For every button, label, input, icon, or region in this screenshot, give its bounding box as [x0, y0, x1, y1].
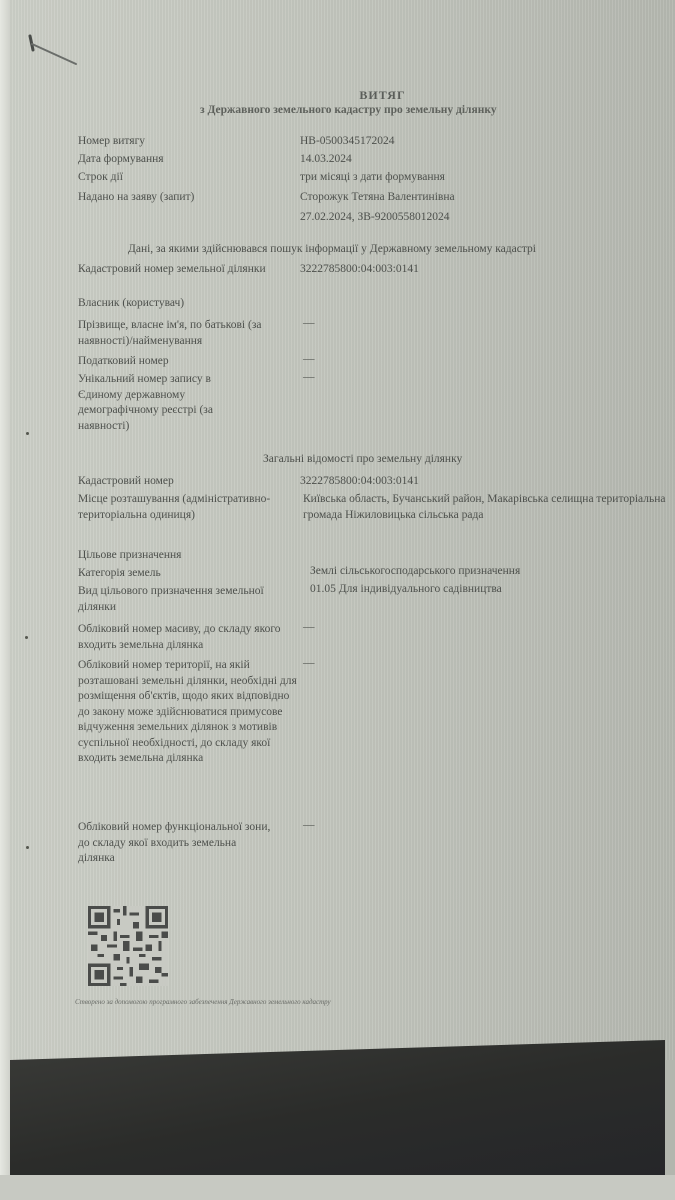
field-label-extract-number: Номер витягу	[78, 134, 293, 150]
field-label-requested-by: Надано на заяву (запит)	[78, 190, 293, 206]
field-value-unique-record-number: —	[303, 370, 315, 386]
background-strip	[0, 1175, 675, 1200]
field-value-land-category: Землі сільськогосподарського призначення	[310, 564, 675, 580]
field-label-cadastral-number-search: Кадастровий номер земельної ділянки	[78, 262, 268, 278]
field-value-massif-number: —	[303, 620, 315, 636]
field-label-purpose: Цільове призначення	[78, 548, 293, 564]
monitor-bezel	[10, 1040, 665, 1180]
speck	[26, 432, 29, 435]
speck	[26, 846, 29, 849]
field-label-full-name: Прізвище, власне ім'я, по батькові (за н…	[78, 318, 303, 349]
field-label-purpose-type: Вид цільового призначення земельної діля…	[78, 584, 268, 615]
search-section-heading: Дані, за якими здійснювався пошук інформ…	[128, 243, 536, 255]
field-value-cadastral-number: 3222785800:04:003:0141	[300, 474, 670, 490]
field-value-requested-by: Сторожук Тетяна Валентинівна	[300, 190, 670, 206]
field-label-unique-record-number: Унікальний номер запису в Єдиному держав…	[78, 372, 248, 434]
document-title: ВИТЯГ	[0, 88, 675, 103]
qr-code	[88, 905, 168, 987]
field-value-validity: три місяці з дати формування	[300, 170, 670, 186]
field-value-extract-number: НВ-0500345172024	[300, 134, 670, 150]
speck	[25, 636, 28, 639]
field-label-functional-zone: Обліковий номер функціональної зони, до …	[78, 820, 273, 867]
field-label-owner: Власник (користувач)	[78, 296, 293, 312]
field-value-location: Київська область, Бучанський район, Мака…	[303, 492, 673, 523]
field-value-cadastral-number-search: 3222785800:04:003:0141	[300, 262, 670, 278]
document-subtitle: з Державного земельного кадастру про зем…	[200, 104, 497, 116]
field-value-territory-number: —	[303, 656, 315, 672]
field-label-cadastral-number: Кадастровий номер	[78, 474, 293, 490]
field-label-territory-number: Обліковий номер території, на якій розта…	[78, 658, 300, 767]
field-value-date: 14.03.2024	[300, 152, 670, 168]
pen-mark-icon	[24, 30, 84, 70]
field-value-request-ref: 27.02.2024, ЗВ-9200558012024	[300, 210, 670, 226]
field-label-date: Дата формування	[78, 152, 293, 168]
screen-edge	[0, 0, 10, 1200]
field-value-purpose-type: 01.05 Для індивідуального садівництва	[310, 582, 675, 598]
field-value-full-name: —	[303, 316, 315, 332]
field-label-tax-number: Податковий номер	[78, 354, 293, 370]
field-label-location: Місце розташування (адміністративно-тери…	[78, 492, 283, 523]
field-value-tax-number: —	[303, 352, 315, 368]
field-label-validity: Строк дії	[78, 170, 293, 186]
field-value-functional-zone: —	[303, 818, 315, 834]
field-label-land-category: Категорія земель	[78, 566, 293, 582]
footer-note: Створено за допомогою програмного забезп…	[75, 998, 331, 1006]
field-label-massif-number: Обліковий номер масиву, до складу якого …	[78, 622, 303, 653]
general-section-heading: Загальні відомості про земельну ділянку	[263, 453, 462, 465]
document-page: ВИТЯГ з Державного земельного кадастру п…	[0, 0, 675, 1060]
